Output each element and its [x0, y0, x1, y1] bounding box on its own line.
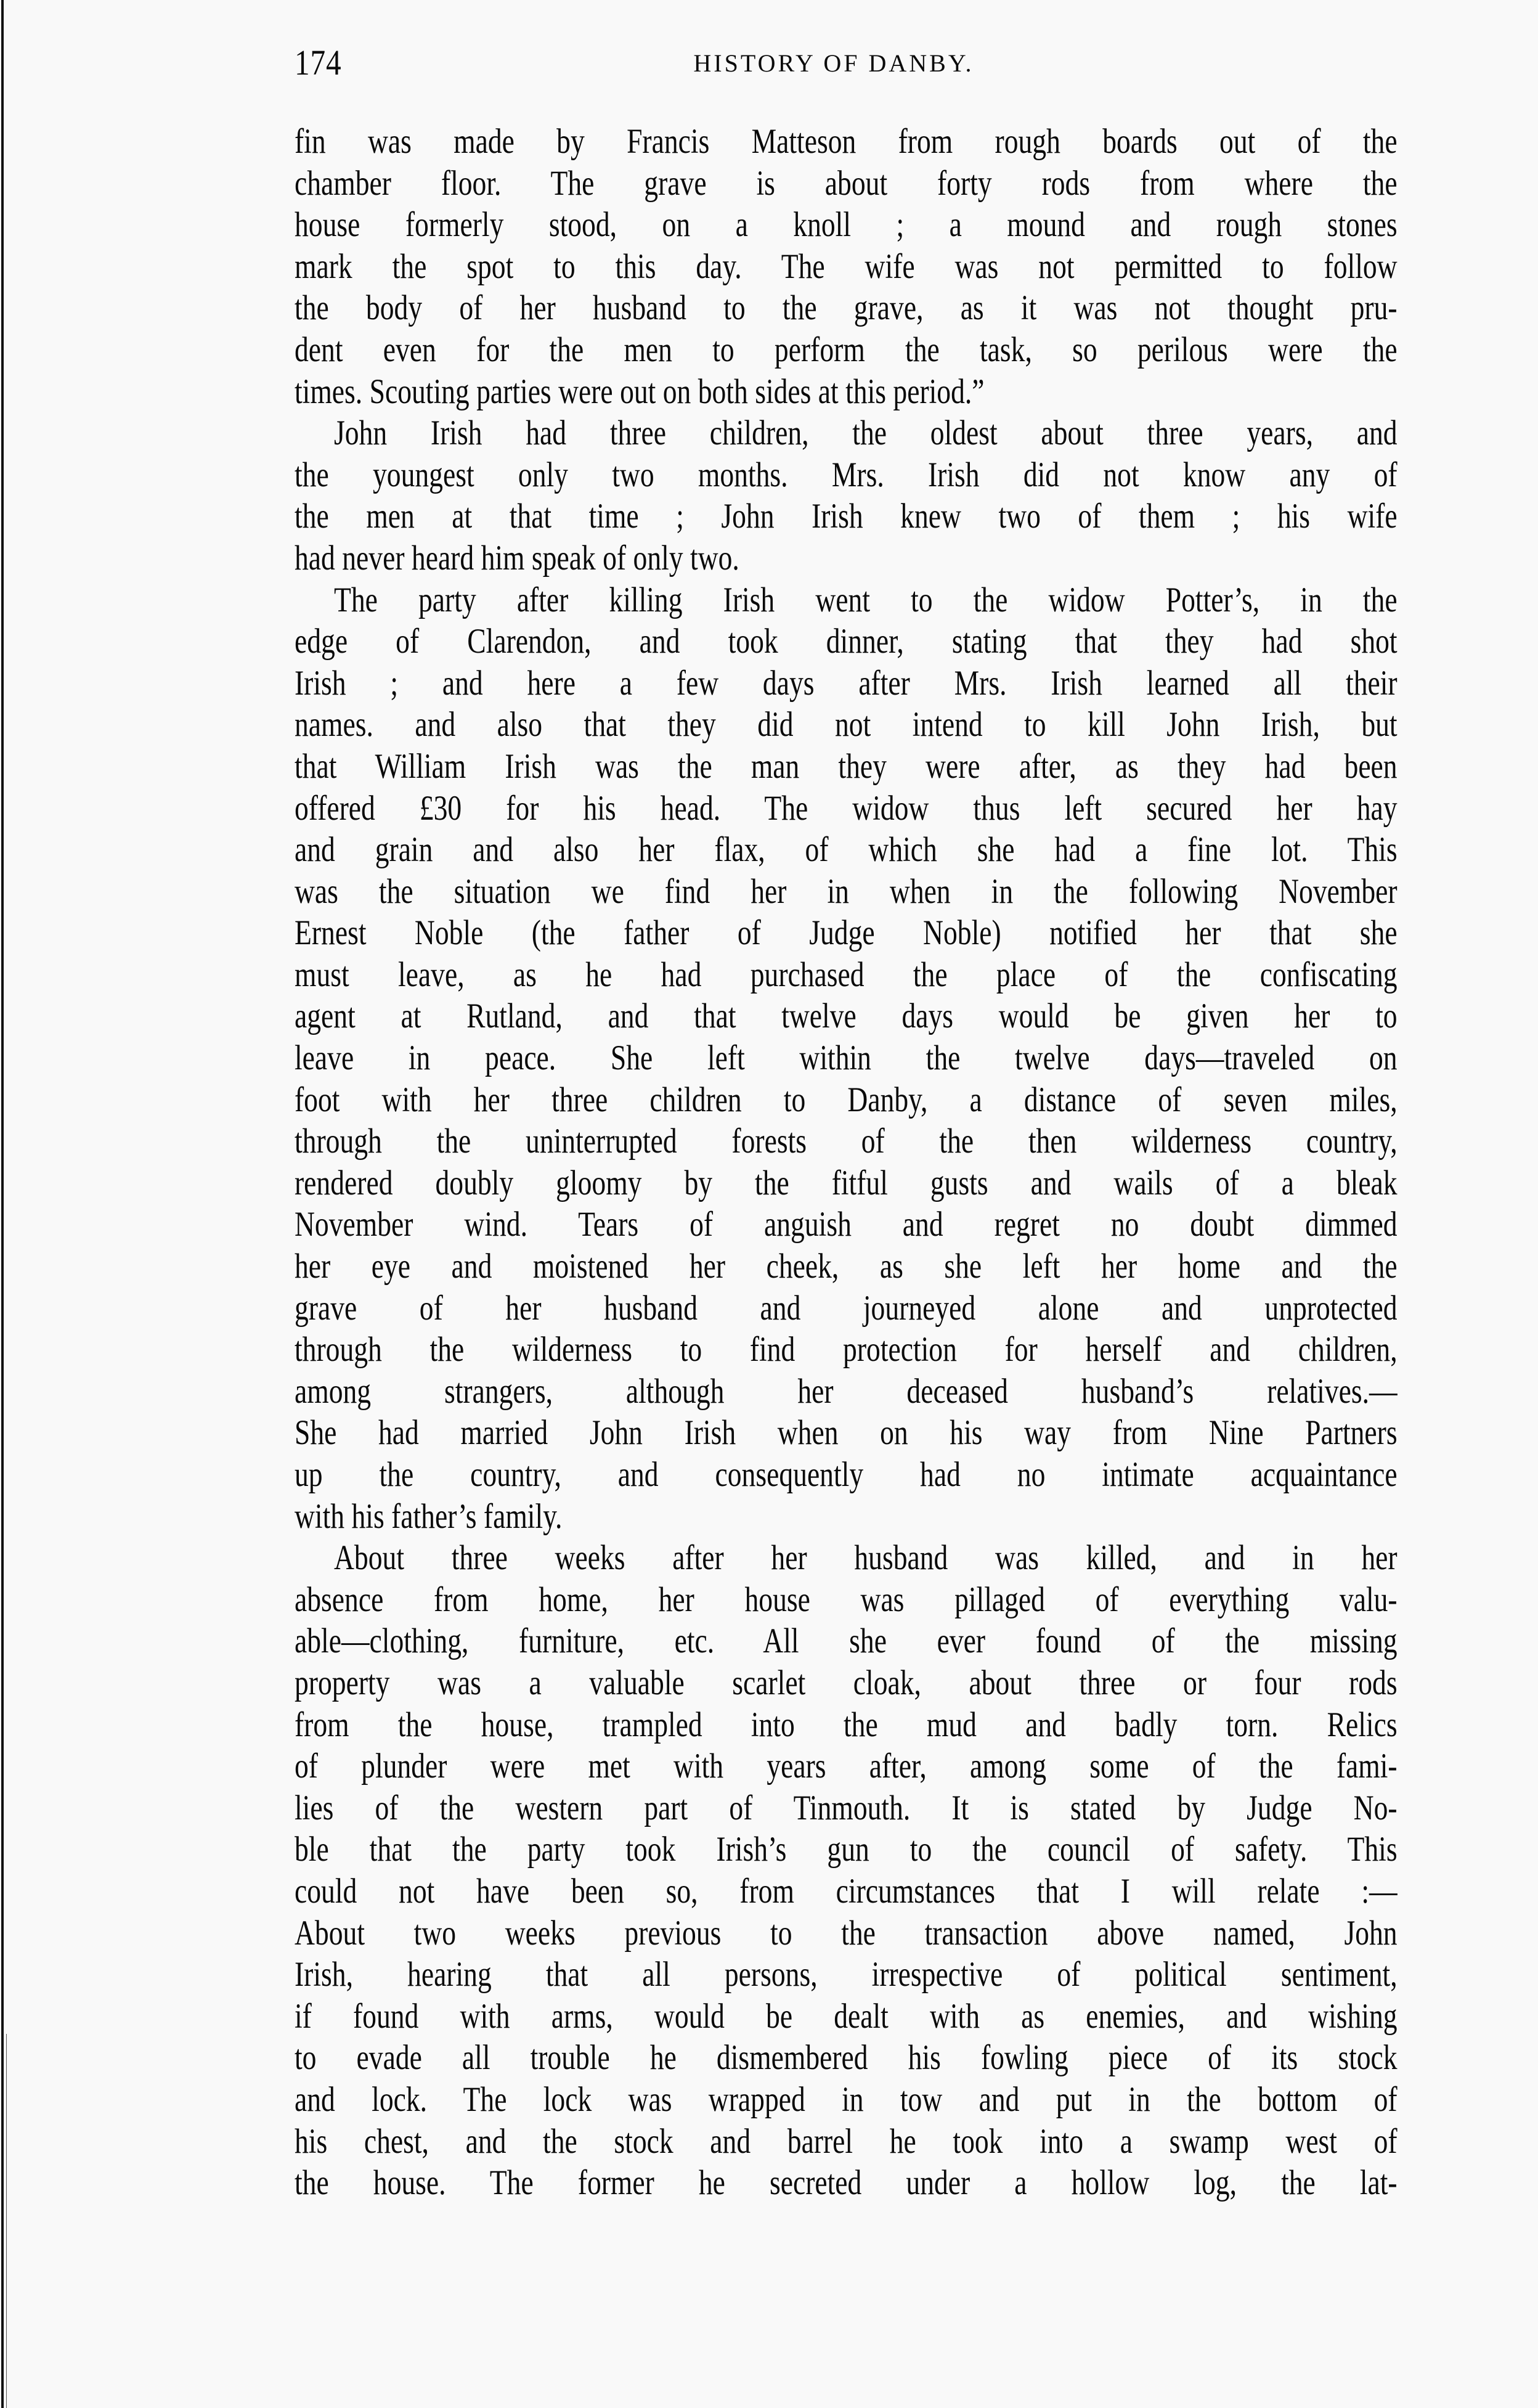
page-edge-border-inner [6, 2034, 7, 2408]
text-line: the men at that time ; John Irish knew t… [295, 496, 1398, 537]
text-line: with his father’s family. [295, 1496, 1398, 1538]
running-title: HISTORY OF DANBY. [295, 42, 1398, 85]
body-text: fin was made by Francis Matteson from ro… [295, 121, 1398, 2204]
page-edge-border [1, 0, 4, 2408]
text-line: About two weeks previous to the transact… [295, 1912, 1398, 1954]
text-line: fin was made by Francis Matteson from ro… [295, 121, 1398, 163]
text-line: his chest, and the stock and barrel he t… [295, 2121, 1398, 2163]
text-line: able—clothing, furniture, etc. All she e… [295, 1620, 1398, 1662]
text-line: the youngest only two months. Mrs. Irish… [295, 454, 1398, 496]
text-line: through the uninterrupted forests of the… [295, 1120, 1398, 1162]
text-line: to evade all trouble he dismembered his … [295, 2037, 1398, 2079]
text-line: Irish ; and here a few days after Mrs. I… [295, 663, 1398, 704]
text-line: among strangers, although her deceased h… [295, 1371, 1398, 1413]
text-line: edge of Clarendon, and took dinner, stat… [295, 621, 1398, 663]
page-header: 174 HISTORY OF DANBY. [295, 38, 1398, 88]
text-line: lies of the western part of Tinmouth. It… [295, 1787, 1398, 1829]
text-line: could not have been so, from circumstanc… [295, 1871, 1398, 1912]
text-line: dent even for the men to perform the tas… [295, 329, 1398, 371]
text-line: property was a valuable scarlet cloak, a… [295, 1662, 1398, 1704]
text-line: She had married John Irish when on his w… [295, 1412, 1398, 1454]
text-line: foot with her three children to Danby, a… [295, 1079, 1398, 1121]
text-line: agent at Rutland, and that twelve days w… [295, 995, 1398, 1037]
text-line: from the house, trampled into the mud an… [295, 1704, 1398, 1746]
text-line: her eye and moistened her cheek, as she … [295, 1246, 1398, 1288]
text-line: if found with arms, would be dealt with … [295, 1996, 1398, 2038]
text-line: through the wilderness to find protectio… [295, 1329, 1398, 1371]
text-line: November wind. Tears of anguish and regr… [295, 1204, 1398, 1246]
text-line: of plunder were met with years after, am… [295, 1745, 1398, 1787]
text-line: John Irish had three children, the oldes… [295, 412, 1398, 454]
text-line: the house. The former he secreted under … [295, 2162, 1398, 2204]
text-line: the body of her husband to the grave, as… [295, 287, 1398, 329]
text-line: mark the spot to this day. The wife was … [295, 246, 1398, 288]
text-line: and grain and also her flax, of which sh… [295, 829, 1398, 871]
text-line: ble that the party took Irish’s gun to t… [295, 1829, 1398, 1871]
text-line: must leave, as he had purchased the plac… [295, 954, 1398, 996]
text-line: and lock. The lock was wrapped in tow an… [295, 2079, 1398, 2121]
text-line: that William Irish was the man they were… [295, 746, 1398, 788]
text-line: leave in peace. She left within the twel… [295, 1037, 1398, 1079]
text-line: was the situation we find her in when in… [295, 871, 1398, 913]
text-line: had never heard him speak of only two. [295, 537, 1398, 579]
text-line: rendered doubly gloomy by the fitful gus… [295, 1162, 1398, 1204]
text-line: house formerly stood, on a knoll ; a mou… [295, 204, 1398, 246]
text-line: offered £30 for his head. The widow thus… [295, 788, 1398, 830]
text-line: About three weeks after her husband was … [295, 1537, 1398, 1579]
text-line: The party after killing Irish went to th… [295, 579, 1398, 621]
text-line: names. and also that they did not intend… [295, 704, 1398, 746]
text-line: times. Scouting parties were out on both… [295, 371, 1398, 413]
text-line: Ernest Noble (the father of Judge Noble)… [295, 912, 1398, 954]
text-line: Irish, hearing that all persons, irrespe… [295, 1954, 1398, 1996]
text-line: absence from home, her house was pillage… [295, 1579, 1398, 1621]
text-line: grave of her husband and journeyed alone… [295, 1288, 1398, 1329]
text-line: up the country, and consequently had no … [295, 1454, 1398, 1496]
text-line: chamber floor. The grave is about forty … [295, 163, 1398, 205]
